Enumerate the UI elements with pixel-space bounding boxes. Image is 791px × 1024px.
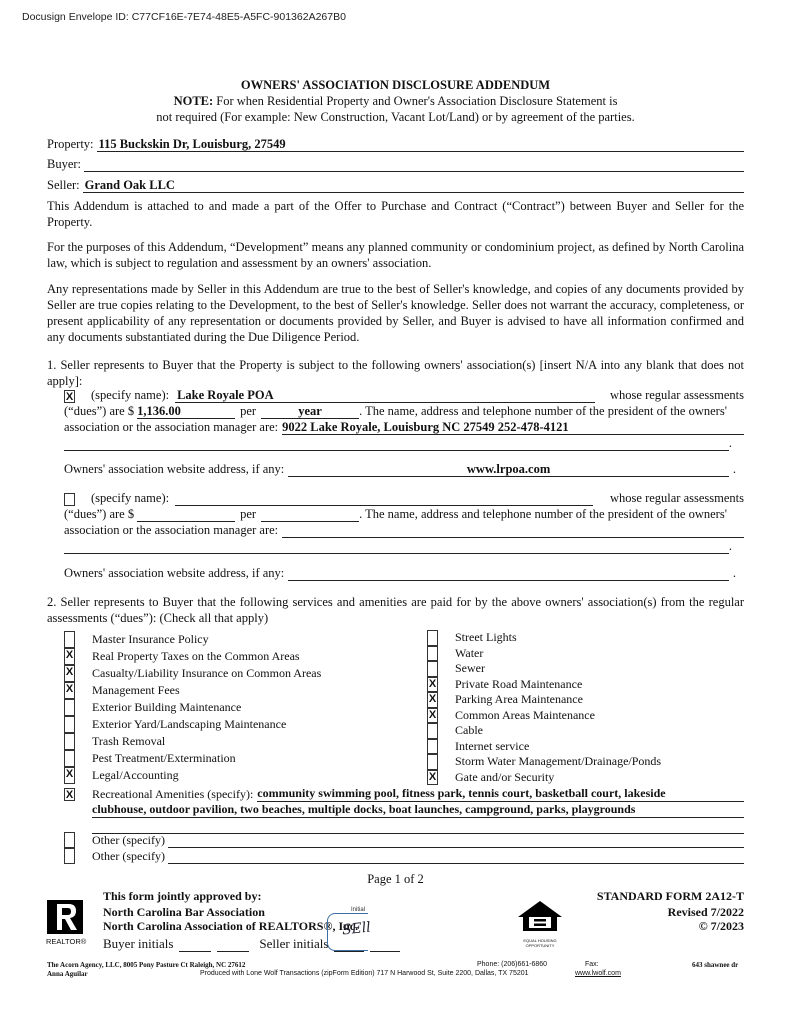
amenity-checkbox[interactable] (427, 723, 438, 739)
other-rows: Other (specify) Other (specify) (64, 832, 744, 864)
amenity-item: Exterior Building Maintenance (64, 699, 404, 716)
recreational-field-line1[interactable]: community swimming pool, fitness park, t… (257, 786, 744, 802)
form-id: STANDARD FORM 2A12-T (597, 889, 744, 904)
assoc1-name-field[interactable]: Lake Royale POA (175, 389, 595, 403)
assoc1-website-field[interactable]: www.lrpoa.com (288, 463, 729, 477)
assoc1-per-field[interactable]: year (261, 405, 359, 419)
period: . (733, 462, 736, 477)
file-name: 643 shawnee dr (692, 961, 738, 969)
period: . (729, 539, 732, 554)
amenity-item: Sewer (427, 661, 747, 677)
other-2-checkbox[interactable] (64, 848, 75, 864)
amenity-checkbox[interactable] (64, 631, 75, 648)
section1-intro: 1. Seller represents to Buyer that the P… (47, 357, 744, 389)
assoc2-per-label: per (240, 507, 256, 522)
note-line-1: NOTE: For when Residential Property and … (0, 94, 791, 109)
recreational-field-line2[interactable]: clubhouse, outdoor pavilion, two beaches… (92, 802, 744, 818)
amenity-item: Water (427, 646, 747, 662)
amenity-label: Management Fees (92, 683, 180, 698)
section2-intro: 2. Seller represents to Buyer that the f… (47, 594, 744, 626)
amenity-item: XLegal/Accounting (64, 767, 404, 784)
amenity-item: XPrivate Road Maintenance (427, 677, 747, 693)
paragraph-development: For the purposes of this Addendum, “Deve… (47, 239, 744, 271)
other-1-field[interactable] (168, 834, 744, 848)
note-label: NOTE: (174, 94, 214, 108)
initial-tag: Initial (350, 907, 366, 913)
seller-initial-signature: SEll (341, 920, 371, 939)
amenity-label: Water (455, 646, 483, 661)
assoc2-contact-field[interactable] (282, 524, 744, 538)
amenity-label: Trash Removal (92, 734, 165, 749)
amenity-item: Pest Treatment/Extermination (64, 750, 404, 767)
amenity-checkbox[interactable]: X (64, 665, 75, 682)
amenity-checkbox[interactable] (427, 661, 438, 677)
amenity-item: XReal Property Taxes on the Common Areas (64, 648, 404, 665)
amenity-checkbox[interactable]: X (64, 682, 75, 699)
assoc1-contact-field[interactable]: 9022 Lake Royale, Louisburg NC 27549 252… (282, 421, 744, 435)
seller-initials-label: Seller initials (259, 936, 328, 952)
amenity-label: Sewer (455, 661, 485, 676)
period: . (733, 566, 736, 581)
assoc2-contact-field-2[interactable] (64, 540, 729, 554)
amenity-checkbox[interactable] (64, 699, 75, 716)
assoc2-specify-label: (specify name): (91, 491, 169, 506)
copyright: © 7/2023 (699, 919, 744, 934)
amenities-right-column: Street LightsWaterSewerXPrivate Road Mai… (427, 630, 747, 785)
amenity-checkbox[interactable] (64, 716, 75, 733)
amenity-item: XCommon Areas Maintenance (427, 708, 747, 724)
equal-housing-icon: EQUAL HOUSING OPPORTUNITY (515, 899, 565, 943)
amenity-checkbox[interactable]: X (427, 692, 438, 708)
assoc2-whose-label: whose regular assessments (610, 491, 744, 506)
amenity-item: XManagement Fees (64, 682, 404, 699)
assoc2-website-field[interactable] (288, 567, 729, 581)
other-row-1: Other (specify) (64, 832, 744, 848)
buyer-initials-field-1[interactable] (179, 938, 211, 952)
buyer-label: Buyer: (47, 157, 81, 172)
other-1-label: Other (specify) (92, 833, 165, 848)
assoc1-dues-label: (“dues”) are $ (64, 404, 134, 419)
amenity-item: Storm Water Management/Drainage/Ponds (427, 754, 747, 770)
nc-association-realtors: North Carolina Association of REALTORS®,… (103, 919, 358, 934)
amenity-label: Legal/Accounting (92, 768, 179, 783)
page-number: Page 1 of 2 (0, 872, 791, 887)
amenity-label: Pest Treatment/Extermination (92, 751, 236, 766)
amenity-item: Trash Removal (64, 733, 404, 750)
recreational-label: Recreational Amenities (specify): (92, 787, 253, 802)
property-field[interactable]: 115 Buckskin Dr, Louisburg, 27549 (97, 137, 744, 152)
lwolf-link[interactable]: www.lwolf.com (575, 970, 621, 977)
amenity-label: Casualty/Liability Insurance on Common A… (92, 666, 321, 681)
amenity-item: Exterior Yard/Landscaping Maintenance (64, 716, 404, 733)
agent-name: Anna Aguilar (47, 970, 88, 978)
note-line-2: not required (For example: New Construct… (0, 110, 791, 125)
produced-with: Produced with Lone Wolf Transactions (zi… (200, 970, 529, 977)
assoc1-website-label: Owners' association website address, if … (64, 462, 284, 477)
assoc1-website-row: Owners' association website address, if … (64, 462, 736, 477)
assoc2-name-field[interactable] (175, 492, 593, 506)
amenity-item: Cable (427, 723, 747, 739)
paragraph-representations: Any representations made by Seller in th… (47, 281, 744, 345)
amenity-checkbox[interactable] (427, 754, 438, 770)
assoc1-dues-field[interactable]: 1,136.00 (137, 405, 235, 419)
amenities-left-column: Master Insurance PolicyXReal Property Ta… (64, 631, 404, 784)
other-2-field[interactable] (168, 850, 744, 864)
phone: Phone: (206)661-6860 (477, 961, 547, 968)
assoc2-name-row: (specify name): whose regular assessment… (64, 491, 744, 506)
amenity-checkbox[interactable] (64, 733, 75, 750)
assoc1-specify-label: (specify name): (91, 388, 169, 403)
period: . (729, 436, 732, 451)
amenity-label: Parking Area Maintenance (455, 692, 583, 707)
amenity-checkbox[interactable]: X (64, 767, 75, 784)
recreational-row: X Recreational Amenities (specify): comm… (64, 786, 744, 834)
assoc1-contact-field-2[interactable] (64, 437, 729, 451)
seller-field[interactable]: Grand Oak LLC (83, 178, 744, 193)
assoc1-name-row: X (specify name): Lake Royale POA whose … (64, 388, 744, 403)
agency: The Acorn Agency, LLC, 8005 Pony Pasture… (47, 961, 245, 969)
buyer-field[interactable] (84, 157, 744, 172)
amenity-item: Street Lights (427, 630, 747, 646)
note-text-1: For when Residential Property and Owner'… (213, 94, 617, 108)
assoc2-dues-row: (“dues”) are $ per . The name, address a… (64, 507, 744, 522)
amenity-label: Storm Water Management/Drainage/Ponds (455, 754, 661, 769)
assoc1-name-address-label: . The name, address and telephone number… (359, 404, 727, 419)
amenity-checkbox[interactable] (427, 630, 438, 646)
realtor-logo-text: REALTOR® (46, 937, 86, 946)
paragraph-attached: This Addendum is attached to and made a … (47, 198, 744, 230)
other-1-checkbox[interactable] (64, 832, 75, 848)
realtor-logo-icon (47, 900, 83, 934)
amenity-checkbox[interactable]: X (64, 648, 75, 665)
approved-by: This form jointly approved by: (103, 889, 261, 904)
equal-housing-text: EQUAL HOUSING OPPORTUNITY (515, 938, 565, 948)
assoc2-per-field[interactable] (261, 508, 359, 522)
other-row-2: Other (specify) (64, 848, 744, 864)
envelope-id: Docusign Envelope ID: C77CF16E-7E74-48E5… (22, 11, 346, 23)
amenity-item: Master Insurance Policy (64, 631, 404, 648)
assoc1-contact-row-2: . (64, 436, 732, 451)
amenity-label: Gate and/or Security (455, 770, 554, 785)
amenity-checkbox[interactable]: X (427, 677, 438, 693)
assoc2-manager-label: association or the association manager a… (64, 523, 278, 538)
fax: Fax: (585, 961, 599, 968)
amenity-checkbox[interactable]: X (427, 708, 438, 724)
amenity-item: Internet service (427, 739, 747, 755)
recreational-checkbox[interactable]: X (64, 788, 75, 801)
buyer-initials-label: Buyer initials (103, 936, 173, 952)
amenity-label: Master Insurance Policy (92, 632, 209, 647)
amenity-checkbox[interactable]: X (427, 770, 438, 786)
amenity-label: Street Lights (455, 630, 517, 645)
assoc2-name-address-label: . The name, address and telephone number… (359, 507, 727, 522)
seller-row: Seller: Grand Oak LLC (47, 177, 744, 193)
amenity-item: XCasualty/Liability Insurance on Common … (64, 665, 404, 682)
property-label: Property: (47, 137, 94, 152)
amenity-checkbox[interactable] (427, 739, 438, 755)
assoc2-checkbox[interactable] (64, 493, 75, 506)
amenity-label: Exterior Yard/Landscaping Maintenance (92, 717, 286, 732)
amenity-checkbox[interactable] (64, 750, 75, 767)
revised-date: Revised 7/2022 (668, 905, 744, 920)
amenity-label: Exterior Building Maintenance (92, 700, 241, 715)
document-title: OWNERS' ASSOCIATION DISCLOSURE ADDENDUM (0, 78, 791, 93)
seller-initials-field-2[interactable] (370, 938, 400, 952)
assoc1-dues-row: (“dues”) are $ 1,136.00 per year . The n… (64, 404, 744, 419)
assoc2-contact-row-2: . (64, 539, 732, 554)
assoc2-dues-label: (“dues”) are $ (64, 507, 134, 522)
amenity-label: Real Property Taxes on the Common Areas (92, 649, 300, 664)
nc-bar-association: North Carolina Bar Association (103, 905, 265, 920)
amenity-item: XGate and/or Security (427, 770, 747, 786)
amenity-label: Common Areas Maintenance (455, 708, 595, 723)
amenity-label: Internet service (455, 739, 529, 754)
assoc1-whose-label: whose regular assessments (610, 388, 744, 403)
buyer-initials-field-2[interactable] (217, 938, 249, 952)
property-row: Property: 115 Buckskin Dr, Louisburg, 27… (47, 136, 744, 152)
amenity-checkbox[interactable] (427, 646, 438, 662)
assoc1-per-label: per (240, 404, 256, 419)
other-2-label: Other (specify) (92, 849, 165, 864)
assoc2-website-label: Owners' association website address, if … (64, 566, 284, 581)
amenity-label: Cable (455, 723, 483, 738)
assoc1-manager-label: association or the association manager a… (64, 420, 278, 435)
assoc2-contact-row: association or the association manager a… (64, 523, 744, 538)
seller-label: Seller: (47, 178, 80, 193)
assoc2-dues-field[interactable] (137, 508, 235, 522)
amenity-item: XParking Area Maintenance (427, 692, 747, 708)
buyer-row: Buyer: (47, 156, 744, 172)
assoc2-website-row: Owners' association website address, if … (64, 566, 736, 581)
assoc1-checkbox[interactable]: X (64, 390, 75, 403)
assoc1-contact-row: association or the association manager a… (64, 420, 744, 435)
amenity-label: Private Road Maintenance (455, 677, 582, 692)
